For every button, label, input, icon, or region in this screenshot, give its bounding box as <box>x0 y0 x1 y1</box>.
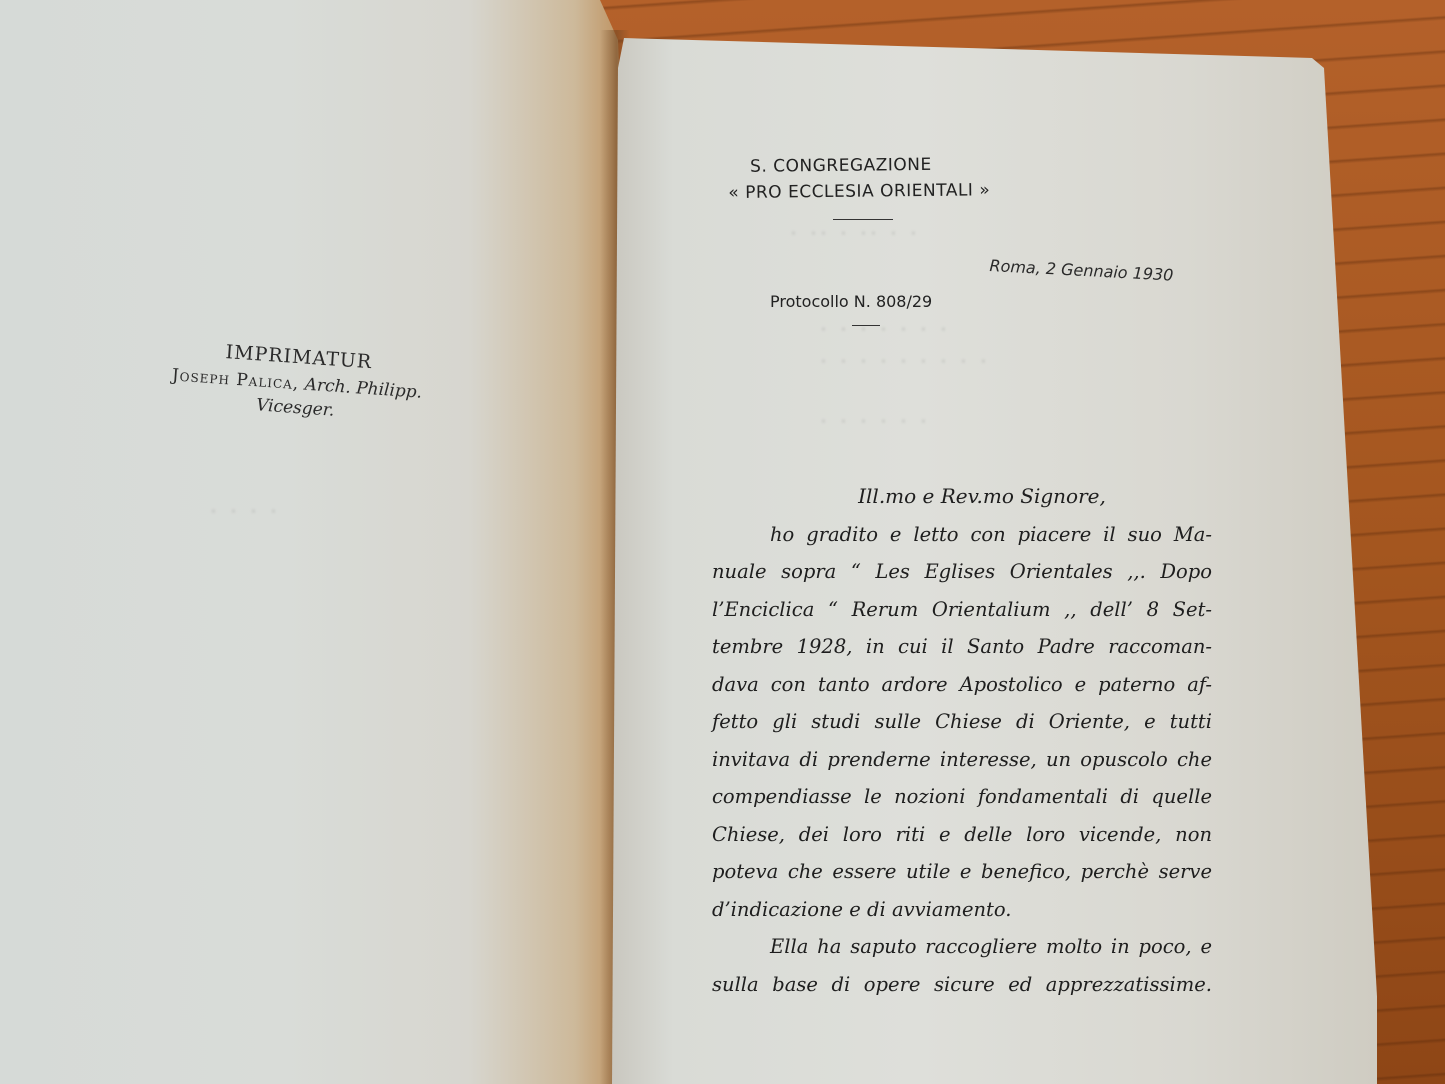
body-line: nuale sopra “ Les Eglises Orientales ,,.… <box>712 553 1212 591</box>
header-divider <box>833 219 893 220</box>
header-line-1: S. CONGREGAZIONE <box>750 154 990 177</box>
congregation-header: S. CONGREGAZIONE « PRO ECCLESIA ORIENTAL… <box>728 154 990 203</box>
body-line: sulla base di opere sicure ed apprezzati… <box>712 966 1212 1004</box>
left-page <box>0 0 625 1084</box>
body-line: tembre 1928, in cui il Santo Padre racco… <box>712 628 1212 666</box>
body-line: fetto gli studi sulle Chiese di Oriente,… <box>712 703 1212 741</box>
bleed-through-text: · · · · · · · · · <box>820 350 990 375</box>
body-line: d’indicazione e di avviamento. <box>712 891 1212 929</box>
body-line: ho gradito e letto con piacere il suo Ma… <box>712 516 1212 554</box>
salutation: Ill.mo e Rev.mo Signore, <box>752 478 1212 516</box>
bleed-through-text: · ·· · ·· · · <box>790 222 920 247</box>
protocol-number: Protocollo N. 808/29 <box>770 292 932 311</box>
open-book-photo: · ·· · ·· · · · · · · · · · · · · · · · … <box>0 0 1445 1084</box>
body-line: poteva che essere utile e benefico, perc… <box>712 853 1212 891</box>
imprimatur-name-title: Arch. Philipp. <box>299 374 423 403</box>
protocol-divider <box>852 325 880 326</box>
bleed-through-text: · · · · · · · <box>820 318 950 343</box>
body-line: l’Enciclica “ Rerum Orientalium ,, dell’… <box>712 591 1212 629</box>
bleed-through-text: · · · · · · <box>820 410 930 435</box>
letter-body: Ill.mo e Rev.mo Signore, ho gradito e le… <box>712 478 1212 1003</box>
body-line: invitava di prenderne interesse, un opus… <box>712 741 1212 779</box>
body-line: Ella ha saputo raccogliere molto in poco… <box>712 928 1212 966</box>
body-line: compendiasse le nozioni fondamentali di … <box>712 778 1212 816</box>
body-line: Chiese, dei loro riti e delle loro vicen… <box>712 816 1212 854</box>
bleed-through-text: · · · · <box>210 500 280 525</box>
header-line-2: « PRO ECCLESIA ORIENTALI » <box>728 180 990 203</box>
body-line: dava con tanto ardore Apostolico e pater… <box>712 666 1212 704</box>
